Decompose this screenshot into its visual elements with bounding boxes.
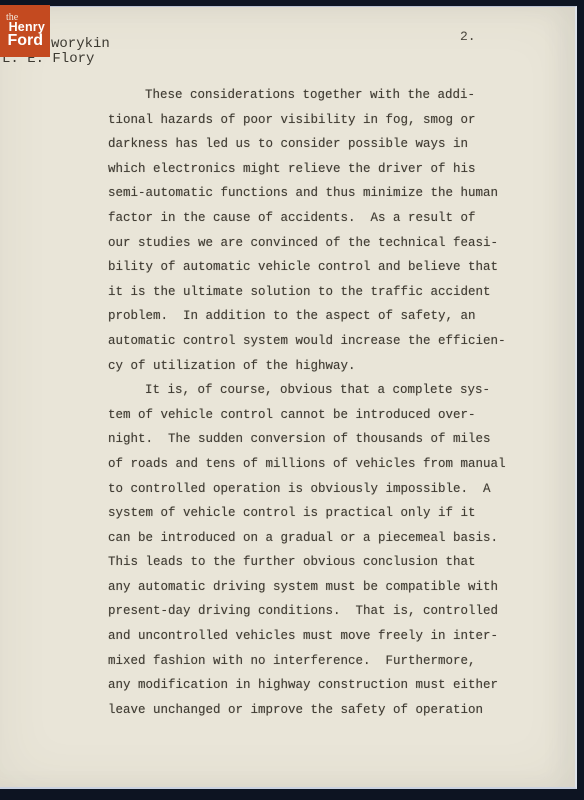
typed-line: any automatic driving system must be com… — [108, 575, 518, 600]
typed-line: of roads and tens of millions of vehicle… — [108, 452, 518, 477]
typed-line: which electronics might relieve the driv… — [108, 157, 518, 182]
typed-line: mixed fashion with no interference. Furt… — [108, 649, 518, 674]
logo-word-ford: Ford — [7, 32, 43, 50]
typed-line: can be introduced on a gradual or a piec… — [108, 526, 518, 551]
typed-line: leave unchanged or improve the safety of… — [108, 698, 518, 723]
typed-line: our studies we are convinced of the tech… — [108, 231, 518, 256]
typed-line: it is the ultimate solution to the traff… — [108, 280, 518, 305]
scanned-document-photo: the Henry Ford worykin L. E. Flory 2. Th… — [0, 0, 584, 800]
typed-line: tem of vehicle control cannot be introdu… — [108, 403, 518, 428]
typed-line: semi-automatic functions and thus minimi… — [108, 181, 518, 206]
typed-text: These considerations together with the a… — [108, 83, 518, 722]
typed-line: bility of automatic vehicle control and … — [108, 255, 518, 280]
typed-line: any modification in highway construction… — [108, 673, 518, 698]
typed-line: These considerations together with the a… — [108, 83, 518, 108]
typed-line: and uncontrolled vehicles must move free… — [108, 624, 518, 649]
typed-line: problem. In addition to the aspect of sa… — [108, 304, 518, 329]
typed-line: present-day driving conditions. That is,… — [108, 599, 518, 624]
author-name-partial: worykin — [51, 37, 110, 52]
typed-line: darkness has led us to consider possible… — [108, 132, 518, 157]
typed-line: night. The sudden conversion of thousand… — [108, 427, 518, 452]
typed-line: It is, of course, obvious that a complet… — [108, 378, 518, 403]
typed-line: This leads to the further obvious conclu… — [108, 550, 518, 575]
henry-ford-logo: the Henry Ford — [0, 5, 50, 57]
typed-line: tional hazards of poor visibility in fog… — [108, 108, 518, 133]
typed-line: factor in the cause of accidents. As a r… — [108, 206, 518, 231]
typed-line: system of vehicle control is practical o… — [108, 501, 518, 526]
typed-line: automatic control system would increase … — [108, 329, 518, 354]
typed-line: to controlled operation is obviously imp… — [108, 477, 518, 502]
typed-line: cy of utilization of the highway. — [108, 354, 518, 379]
page-number: 2. — [460, 29, 476, 44]
